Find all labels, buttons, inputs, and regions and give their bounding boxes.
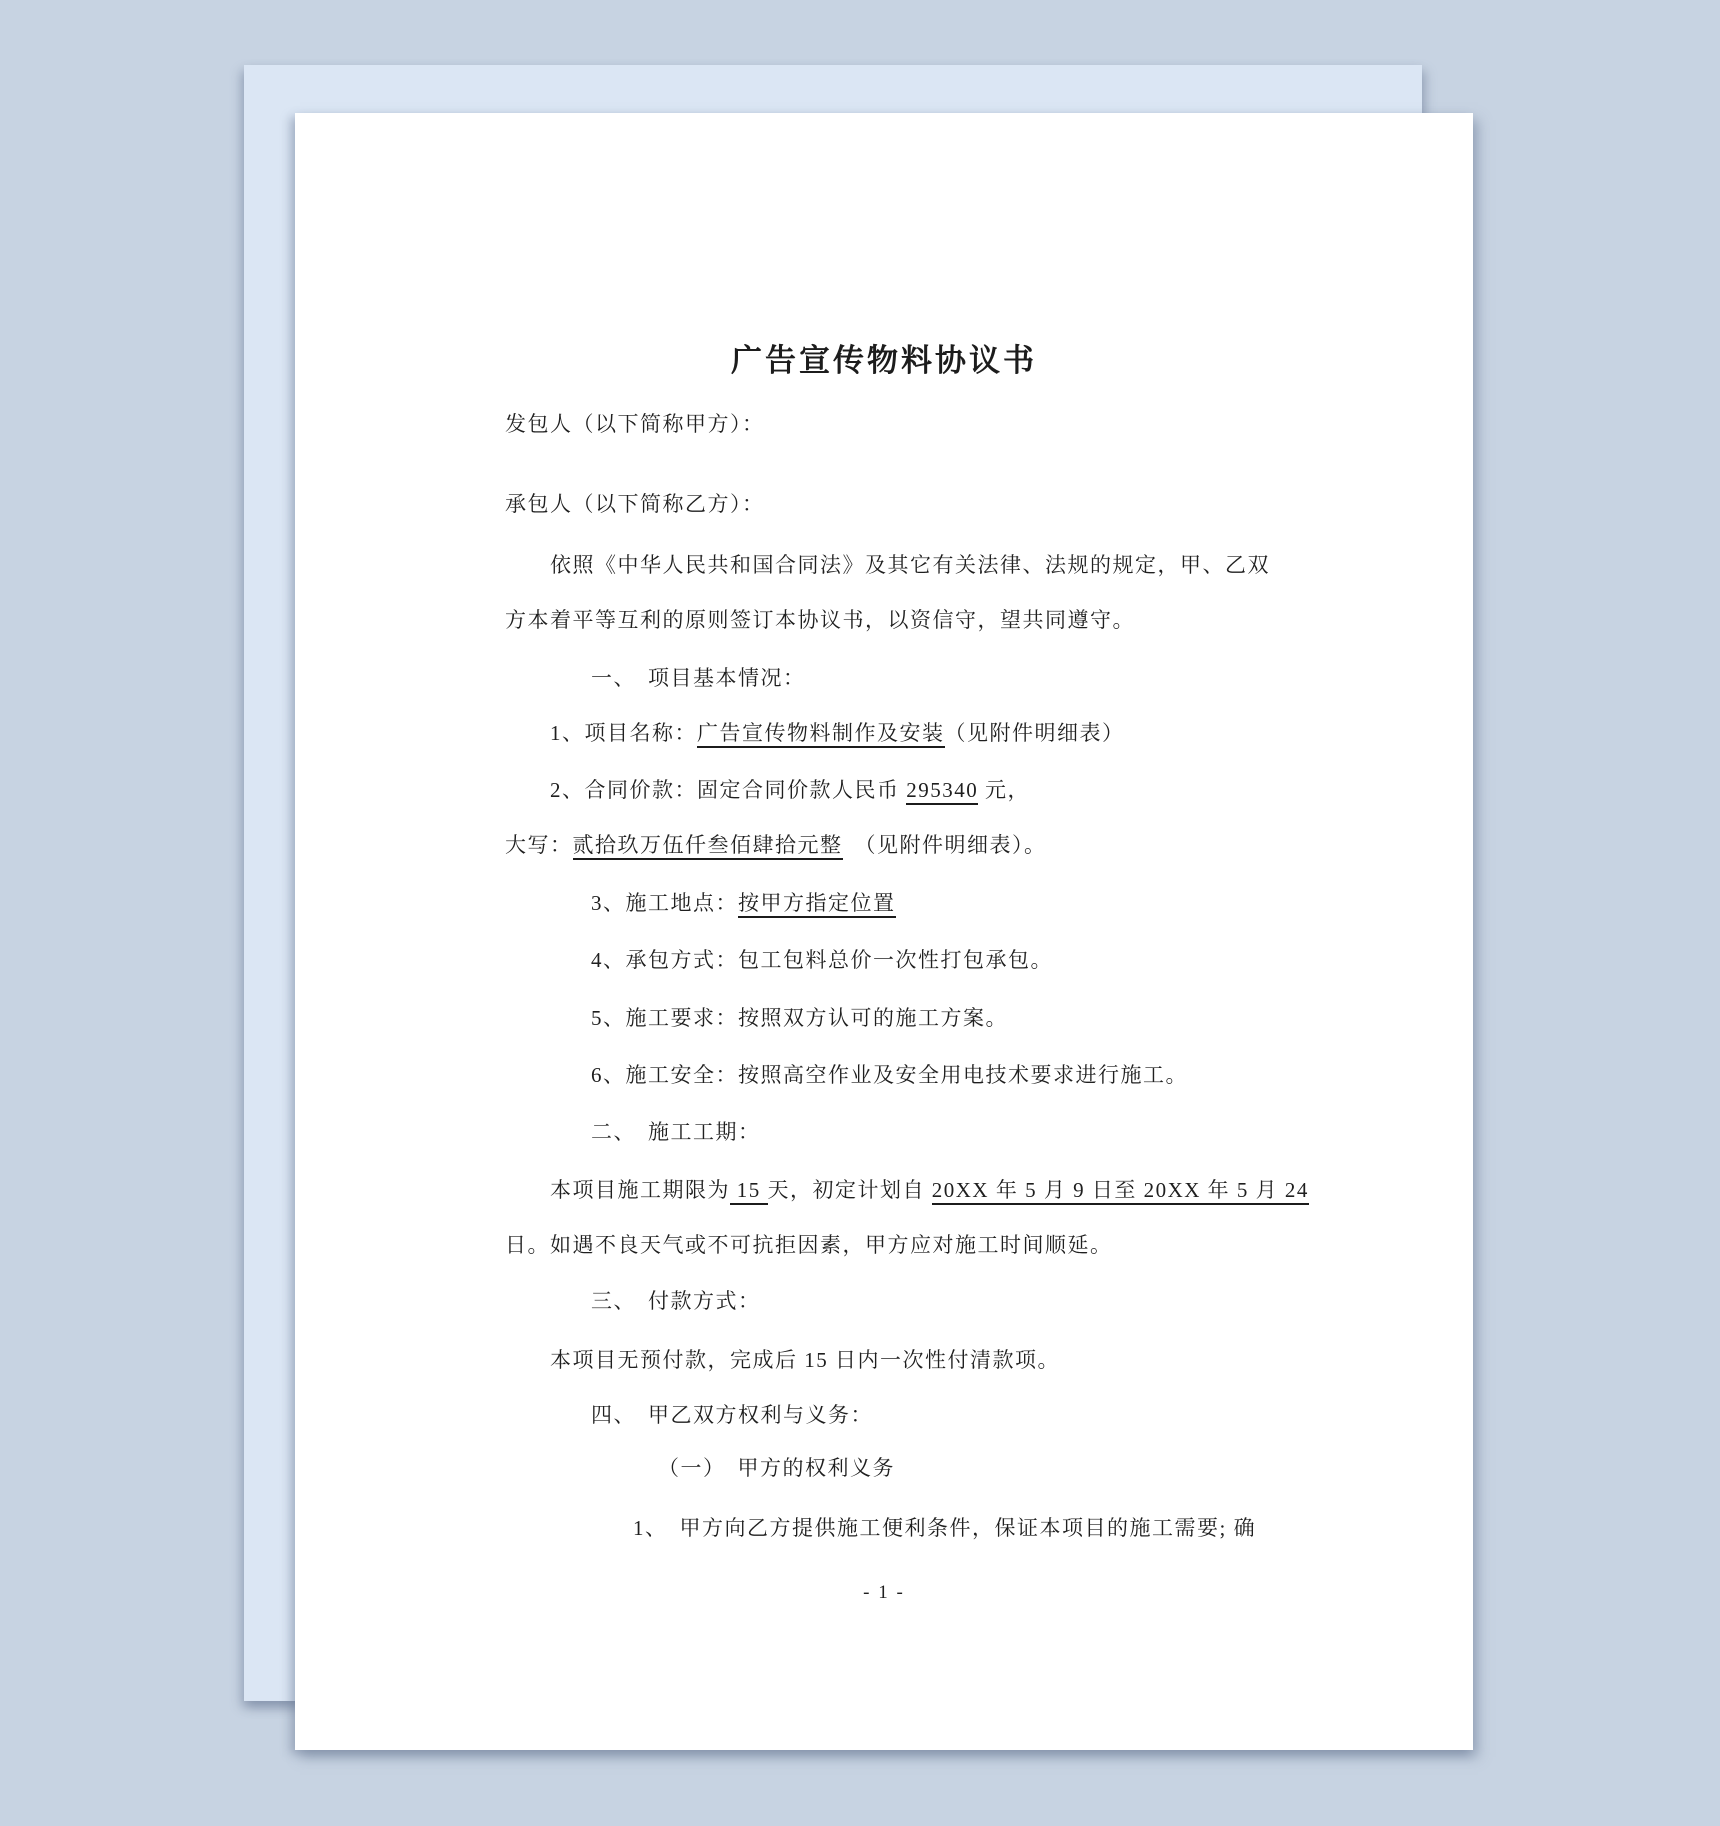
underlined-fill-in-text: 按甲方指定位置: [738, 891, 896, 918]
doc-line: 依照《中华人民共和国合同法》及其它有关法律、法规的规定，甲、乙双: [550, 550, 1270, 580]
doc-line: 2、合同价款：固定合同价款人民币 295340 元，: [550, 775, 1030, 805]
text-segment: 天，初定计划自: [768, 1178, 932, 1202]
text-segment: 大写：: [505, 833, 573, 857]
text-segment: 3、施工地点：: [591, 891, 738, 915]
text-segment: 本项目施工期限为: [550, 1178, 730, 1202]
text-segment: （一） 甲方的权利义务: [658, 1456, 895, 1480]
doc-line: 本项目无预付款，完成后 15 日内一次性付清款项。: [550, 1345, 1060, 1375]
text-segment: 日。如遇不良天气或不可抗拒因素，甲方应对施工时间顺延。: [505, 1233, 1113, 1257]
doc-line: 本项目施工期限为 15 天，初定计划自 20XX 年 5 月 9 日至 20XX…: [550, 1175, 1309, 1205]
text-segment: 承包人（以下简称乙方）：: [505, 492, 765, 516]
text-segment: 5、施工要求：按照双方认可的施工方案。: [591, 1006, 1008, 1030]
page-number: - 1 -: [295, 1580, 1473, 1606]
text-segment: 2、合同价款：固定合同价款人民币: [550, 778, 906, 802]
doc-line: 5、施工要求：按照双方认可的施工方案。: [591, 1003, 1008, 1033]
doc-line: 四、 甲乙双方权利与义务：: [591, 1400, 873, 1430]
text-segment: （见附件明细表）: [945, 721, 1125, 745]
underlined-fill-in-text: 贰拾玖万伍仟叁佰肆拾元整: [573, 833, 843, 860]
doc-line: 4、承包方式：包工包料总价一次性打包承包。: [591, 945, 1053, 975]
underlined-fill-in-text: 295340: [906, 778, 978, 805]
doc-line: 二、 施工工期：: [591, 1117, 761, 1147]
underlined-fill-in-text: 20XX 年 5 月 9 日至 20XX 年 5 月 24: [932, 1178, 1309, 1205]
contract-page: 广告宣传物料协议书 发包人（以下简称甲方）：承包人（以下简称乙方）：依照《中华人…: [295, 113, 1473, 1750]
text-segment: 本项目无预付款，完成后 15 日内一次性付清款项。: [550, 1348, 1060, 1372]
text-segment: 1、 甲方向乙方提供施工便利条件，保证本项目的施工需要; 确: [633, 1516, 1256, 1540]
text-segment: 三、 付款方式：: [591, 1289, 761, 1313]
doc-line: 1、项目名称：广告宣传物料制作及安装（见附件明细表）: [550, 718, 1125, 748]
doc-line: 承包人（以下简称乙方）：: [505, 489, 765, 519]
doc-line: 6、施工安全：按照高空作业及安全用电技术要求进行施工。: [591, 1060, 1188, 1090]
text-segment: 一、 项目基本情况：: [591, 666, 806, 690]
doc-line: 三、 付款方式：: [591, 1286, 761, 1316]
underlined-fill-in-text: 广告宣传物料制作及安装: [697, 721, 945, 748]
doc-line: （一） 甲方的权利义务: [658, 1453, 895, 1483]
doc-line: 日。如遇不良天气或不可抗拒因素，甲方应对施工时间顺延。: [505, 1230, 1113, 1260]
doc-line: 1、 甲方向乙方提供施工便利条件，保证本项目的施工需要; 确: [633, 1513, 1256, 1543]
doc-line: 3、施工地点：按甲方指定位置: [591, 888, 896, 918]
doc-line: 发包人（以下简称甲方）：: [505, 409, 765, 439]
text-segment: 元，: [978, 778, 1030, 802]
text-segment: 方本着平等互利的原则签订本协议书，以资信守，望共同遵守。: [505, 608, 1135, 632]
doc-line: 一、 项目基本情况：: [591, 663, 806, 693]
desktop-background: 广告宣传物料协议书 发包人（以下简称甲方）：承包人（以下简称乙方）：依照《中华人…: [0, 0, 1720, 1826]
text-segment: 1、项目名称：: [550, 721, 697, 745]
doc-line: 大写：贰拾玖万伍仟叁佰肆拾元整 （见附件明细表）。: [505, 830, 1047, 860]
text-segment: 二、 施工工期：: [591, 1120, 761, 1144]
underlined-fill-in-text: 15: [730, 1178, 768, 1205]
text-segment: 6、施工安全：按照高空作业及安全用电技术要求进行施工。: [591, 1063, 1188, 1087]
text-segment: 四、 甲乙双方权利与义务：: [591, 1403, 873, 1427]
doc-line: 方本着平等互利的原则签订本协议书，以资信守，望共同遵守。: [505, 605, 1135, 635]
text-segment: 发包人（以下简称甲方）：: [505, 412, 765, 436]
text-segment: （见附件明细表）。: [843, 833, 1047, 857]
text-segment: 4、承包方式：包工包料总价一次性打包承包。: [591, 948, 1053, 972]
document-title: 广告宣传物料协议书: [295, 341, 1473, 381]
text-segment: 依照《中华人民共和国合同法》及其它有关法律、法规的规定，甲、乙双: [550, 553, 1270, 577]
